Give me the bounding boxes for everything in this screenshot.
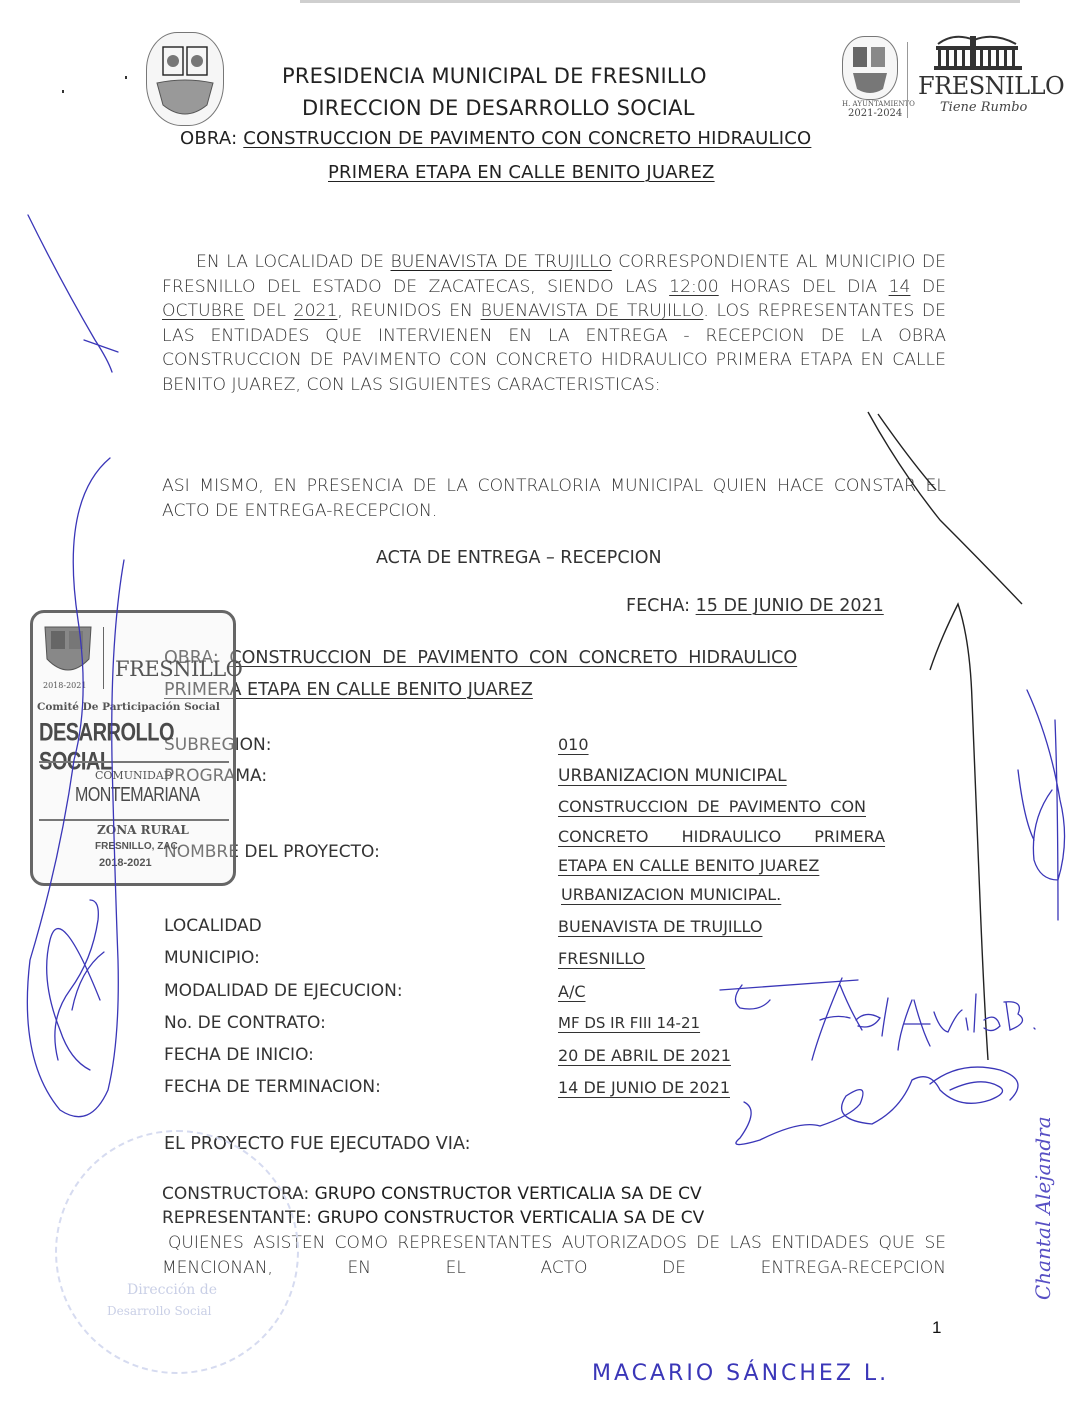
field-label-fecha-terminacion: FECHA DE TERMINACION: [164,1077,381,1097]
field-label-modalidad: MODALIDAD DE EJECUCION: [164,981,403,1001]
header-title-1: PRESIDENCIA MUNICIPAL DE FRESNILLO [282,64,707,88]
intro-paragraph: EN LA LOCALIDAD DE BUENAVISTA DE TRUJILL… [162,250,946,398]
localidad-value: BUENAVISTA DE TRUJILLO [391,252,612,272]
right-margin-signature-icon [1018,690,1065,920]
comite-stamp: 2018-2021 FRESNILLO Comité De Participac… [30,610,236,886]
field-label-contrato: No. DE CONTRATO: [164,1013,326,1033]
obra-name-line-2: PRIMERA ETAPA EN CALLE BENITO JUAREZ [328,162,715,183]
faded-circular-stamp: Dirección de Desarrollo Social [55,1130,299,1374]
stamp-committee: Comité De Participación Social [37,701,220,713]
contraloria-paragraph: ASI MISMO, EN PRESENCIA DE LA CONTRALORI… [162,474,946,523]
stamp-rule-1 [39,761,229,763]
field-value-nombre-proyecto-3: ETAPA EN CALLE BENITO JUAREZ [558,856,819,875]
signature-chantal-alejandra: Chantal Alejandra [1031,1116,1055,1300]
brand-tagline: Tiene Rumbo [940,100,1027,115]
faded-stamp-line-1: Dirección de [127,1282,217,1298]
tall-arc-stroke-icon [930,604,988,1060]
scan-edge [300,0,1020,3]
stamp-zona: ZONA RURAL [97,823,189,837]
representante-value: GRUPO CONSTRUCTOR VERTICALIA SA DE CV [317,1208,704,1228]
mes-value: OCTUBRE [162,301,245,321]
acta-title: ACTA DE ENTREGA – RECEPCION [376,548,662,568]
right-seal-caption-1: H. AYUNTAMIENTO [842,100,915,108]
hora-value: 12:00 [669,277,719,297]
anio-value: 2021 [294,301,338,321]
svg-text:Chantal Alejandra: Chantal Alejandra [1031,1116,1055,1300]
stamp-comunidad-label: COMUNIDAD [95,769,173,782]
stamp-comunidad: MONTEMARIANA [75,785,200,808]
field-label-localidad: LOCALIDAD [164,916,262,936]
field-value-fecha-inicio: 20 DE ABRIL DE 2021 [558,1046,731,1065]
field-value-modalidad: A/C [558,982,586,1001]
obra-label: OBRA: [180,128,243,149]
acta-obra-line-1: CONSTRUCCION DE PAVIMENTO CON CONCRETO H… [229,648,797,668]
constructora-value: GRUPO CONSTRUCTOR VERTICALIA SA DE CV [315,1184,702,1204]
logo-divider [907,42,908,118]
signature-scribble [736,1067,1018,1144]
right-ayuntamiento-seal [842,36,898,100]
fresnillo-logo: FRESNILLO Tiene Rumbo [918,32,1028,122]
field-value-nombre-proyecto-2: CONCRETO HIDRAULICO PRIMERA [558,827,885,846]
faded-stamp-line-2: Desarrollo Social [107,1304,211,1318]
signature-jose-angel-avila [720,978,1035,1060]
field-value-localidad: BUENAVISTA DE TRUJILLO [558,917,762,936]
header-obra: OBRA: CONSTRUCCION DE PAVIMENTO CON CONC… [180,128,811,149]
stamp-years: 2018-2021 [99,857,152,869]
dia-value: 14 [889,277,911,297]
field-value-municipio: FRESNILLO [558,949,645,968]
stamp-rule-2 [39,819,229,821]
page-number: 1 [932,1318,941,1338]
ayuntamiento-shield-icon [843,37,897,99]
lugar-value: BUENAVISTA DE TRUJILLO [481,301,704,321]
stamp-place: FRESNILLO, ZAC. [95,841,181,852]
header-title-2: DIRECCION DE DESARROLLO SOCIAL [302,96,695,120]
scan-speck [62,90,64,93]
field-label-municipio: MUNICIPIO: [164,948,260,968]
obra-name-line-1: CONSTRUCCION DE PAVIMENTO CON CONCRETO H… [243,128,811,149]
left-coat-of-arms-seal [146,32,224,126]
acta-fecha-value: 15 DE JUNIO DE 2021 [696,596,884,616]
field-label-fecha-inicio: FECHA DE INICIO: [164,1045,314,1065]
coat-of-arms-icon [147,33,223,125]
stamp-shield-icon [41,623,95,683]
stamp-year-range: 2018-2021 [43,681,86,690]
stamp-divider [103,627,104,689]
field-value-programa: URBANIZACION MUNICIPAL [558,766,787,786]
brand-name: FRESNILLO [918,72,1064,100]
field-value-fecha-terminacion: 14 DE JUNIO DE 2021 [558,1078,730,1097]
monument-icon [924,32,1034,72]
field-value-nombre-proyecto-1: CONSTRUCCION DE PAVIMENTO CON [558,797,866,816]
stamp-brand: FRESNILLO [115,657,242,681]
right-seal-caption-2: 2021-2024 [848,108,902,119]
handwritten-name: MACARIO SÁNCHEZ L. [592,1360,889,1386]
acta-fecha: FECHA: 15 DE JUNIO DE 2021 [626,596,884,616]
scan-speck [125,76,127,79]
field-value-nombre-proyecto-4: URBANIZACION MUNICIPAL. [561,885,781,904]
field-value-contrato: MF DS IR FIII 14-21 [558,1014,700,1032]
field-value-subregion: 010 [558,735,589,754]
acta-obra: OBRA: CONSTRUCCION DE PAVIMENTO CON CONC… [164,648,797,668]
